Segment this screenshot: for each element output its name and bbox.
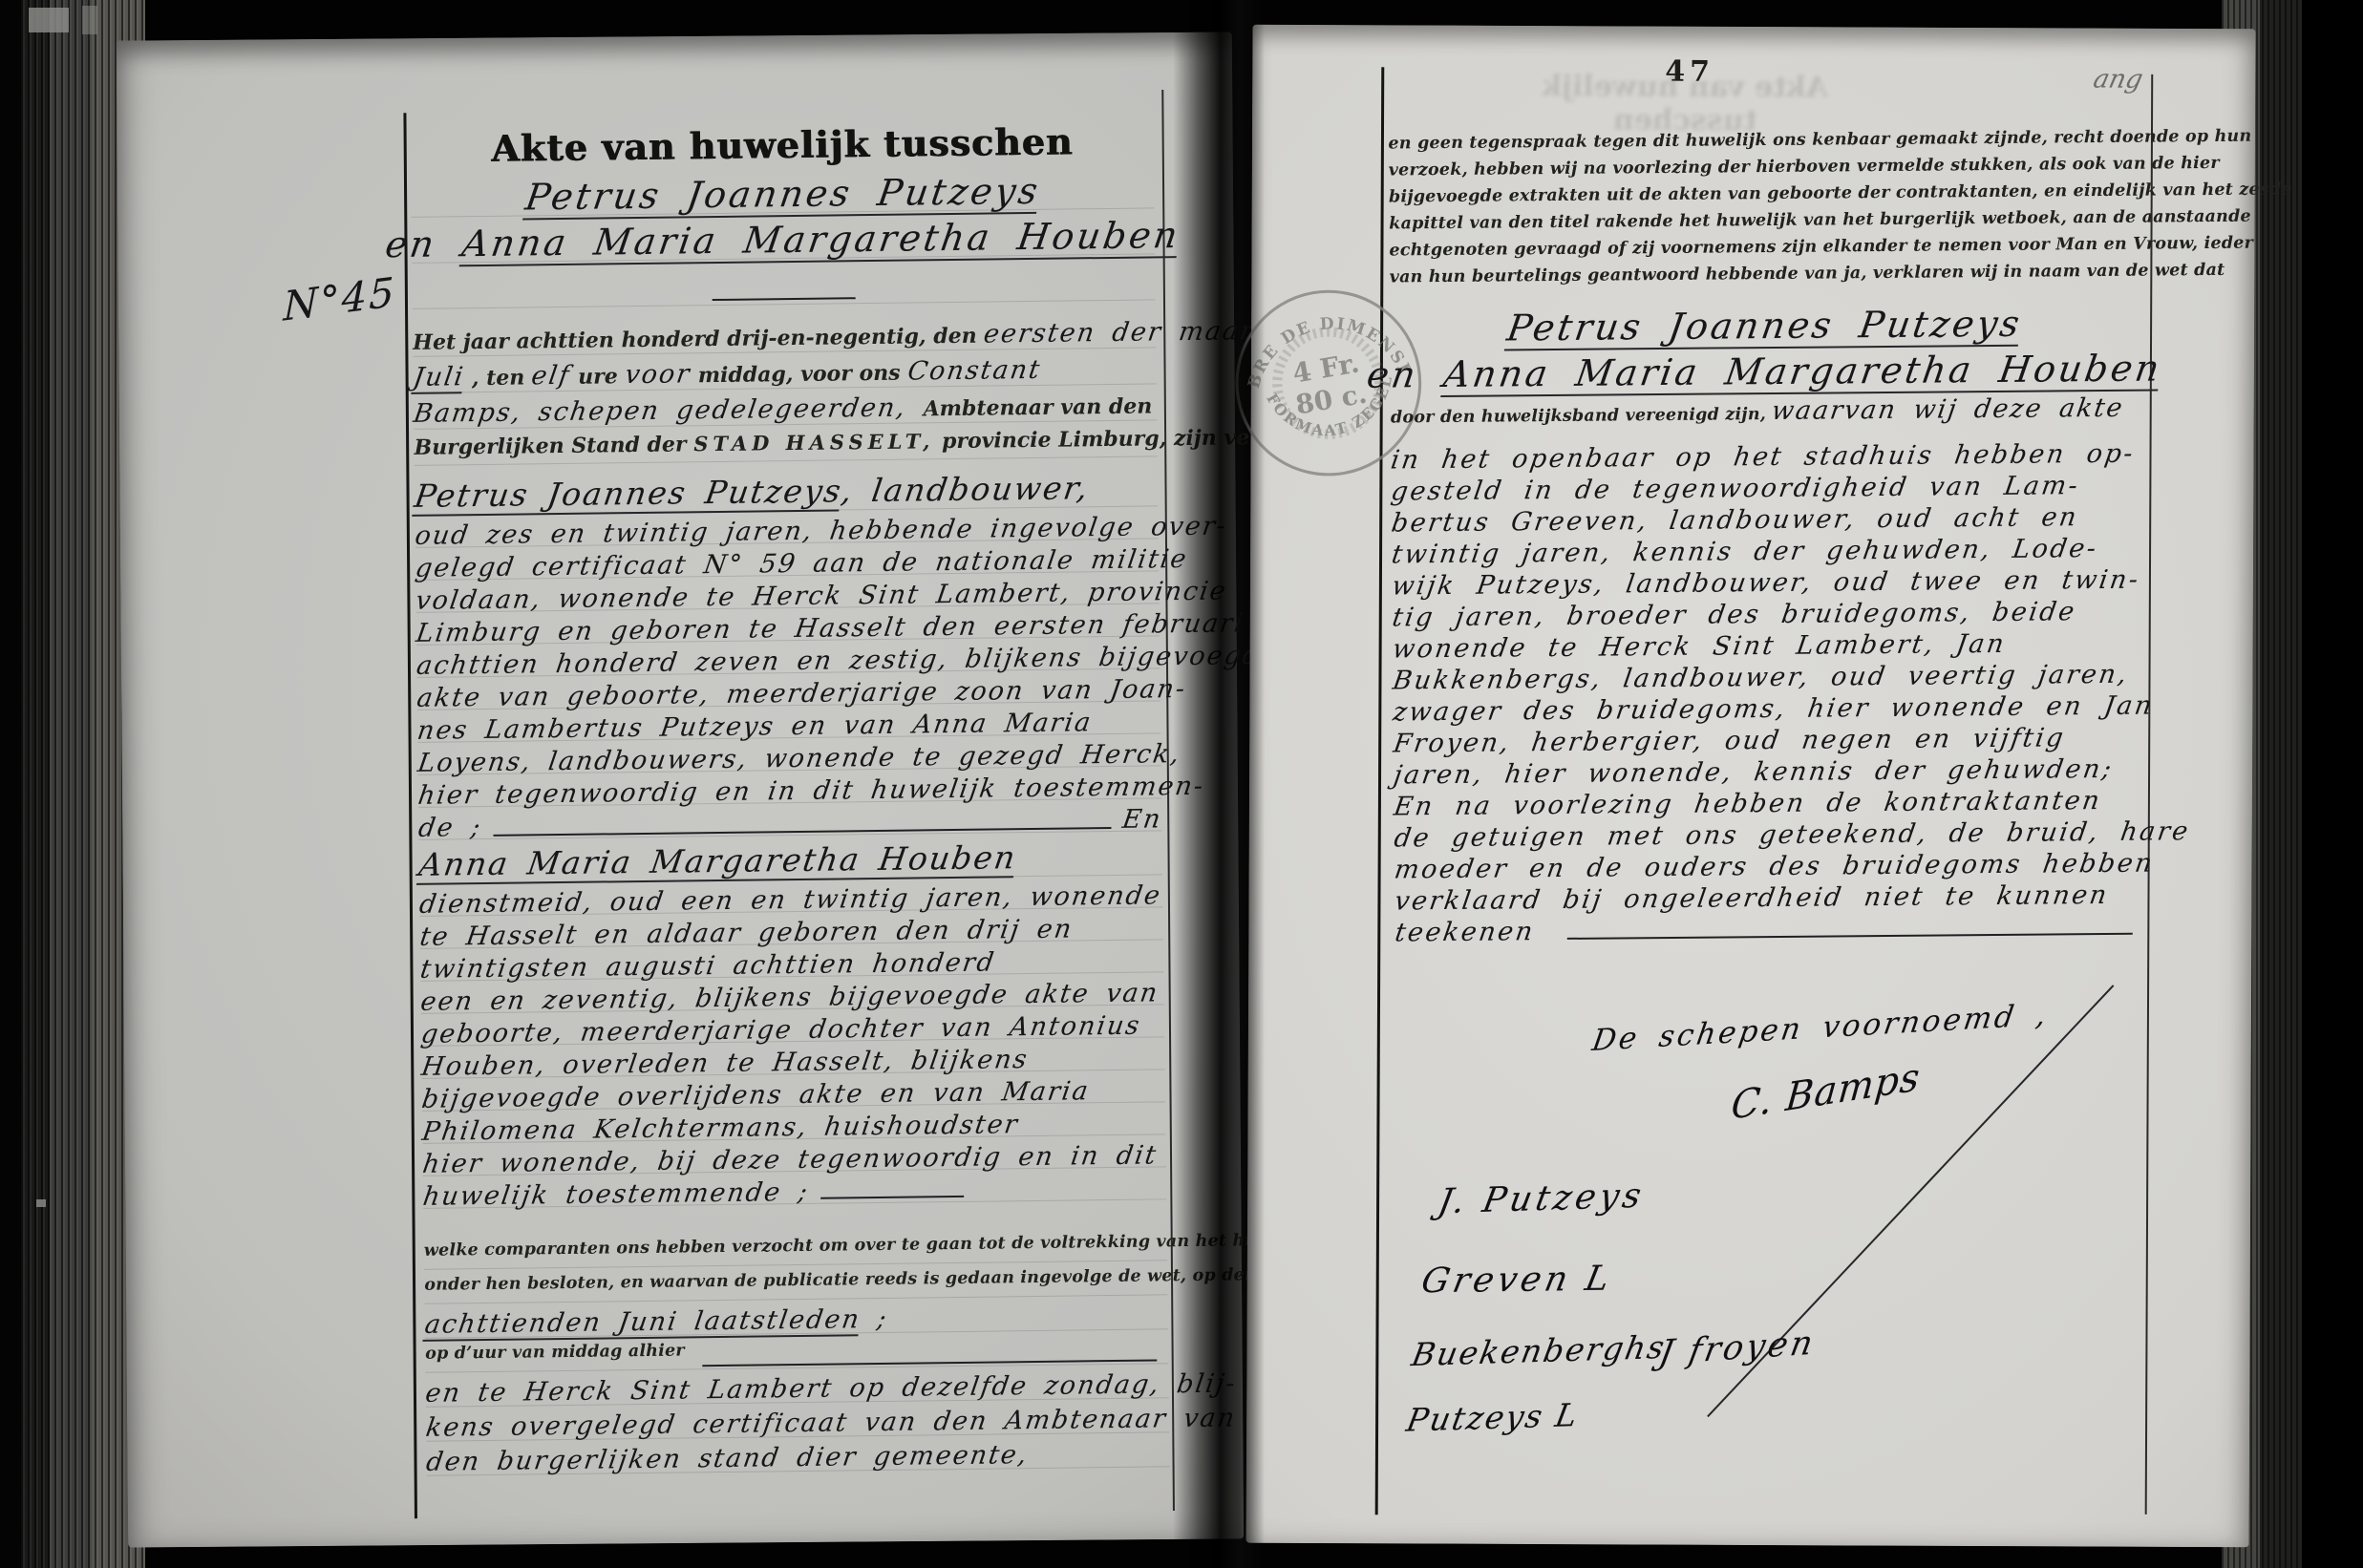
- witness-signature: J. Putzeys: [1435, 1176, 1648, 1222]
- right-page-content: en geen tegenspraak tegen dit huwelijk o…: [1388, 128, 2143, 950]
- text-segment: elf: [530, 361, 573, 392]
- right-page: 47 ang Akte van huwelijk tusschen TIMBRE…: [1246, 25, 2256, 1548]
- right-margin-rule: [2145, 74, 2154, 1515]
- left-page: N°45 Akte van huwelijk tusschen Petrus J…: [117, 32, 1244, 1547]
- text-segment: op d’uur van middag alhier: [425, 1341, 691, 1363]
- text-segment: Bamps, schepen gedelegeerden,: [412, 392, 926, 429]
- text-segment: wijk Putzeys, landbouwer, oud twee en tw…: [1390, 565, 2142, 602]
- witness-signature: Buekenberghs: [1409, 1328, 1670, 1373]
- text-segment: [713, 297, 856, 301]
- comparants-paragraph: Petrus Joannes Putzeys, landbouwer,oud z…: [415, 468, 1166, 1214]
- text-segment: middag, voor ons: [691, 361, 907, 389]
- text-segment: Constant: [905, 355, 1043, 387]
- publication-paragraph: welke comparanten ons hebben verzocht om…: [424, 1232, 1170, 1481]
- act-title: Akte van huwelijk tusschen: [410, 118, 1154, 178]
- text-segment: ure: [570, 364, 625, 390]
- text-segment: [702, 1359, 1157, 1367]
- text-segment: bertus Greeven, landbouwer, oud acht en: [1390, 502, 2081, 538]
- scan-artifact: [36, 1199, 46, 1207]
- text-segment: zwager des bruidegoms, hier wonende en J…: [1391, 691, 2156, 728]
- left-page-content: Akte van huwelijk tusschen Petrus Joanne…: [410, 118, 1169, 1481]
- text-segment: tig jaren, broeder des bruidegoms, beide: [1391, 597, 2079, 632]
- text-segment: Anna Maria Margaretha Houben: [459, 214, 1183, 266]
- text-segment: En na voorlezing hebben de kontraktanten: [1392, 786, 2103, 822]
- text-segment: En: [1120, 804, 1164, 835]
- scan-artifact: [29, 8, 69, 32]
- text-segment: huwelijk toestemmende ;: [421, 1177, 811, 1212]
- opening-paragraph: Het jaar achttien honderd drij-en-negent…: [413, 317, 1158, 471]
- text-line: en Anna Maria Margaretha Houben: [1390, 348, 2139, 400]
- text-segment: Juli: [411, 362, 466, 394]
- spouse-name-lines: Petrus Joannes Putzeysen Anna Maria Marg…: [411, 168, 1156, 314]
- text-segment: Froyen, herbergier, oud negen en vijftig: [1392, 723, 2068, 758]
- text-segment: den burgerlijken stand dier gemeente,: [424, 1440, 1030, 1477]
- text-segment: Het jaar achttien honderd drij-en-negent…: [413, 324, 984, 355]
- text-segment: Anna Maria Margaretha Houben: [1441, 347, 2165, 397]
- text-segment: en: [383, 222, 465, 265]
- text-segment: Burgerlijken Stand der: [414, 432, 693, 460]
- text-segment: Bukkenbergs, landbouwer, oud veertig jar…: [1391, 660, 2131, 696]
- text-segment: Petrus Joannes Putzeys: [522, 170, 1043, 221]
- text-segment: teekenen: [1393, 917, 1558, 948]
- text-segment: gesteld in de tegenwoordigheid van Lam-: [1389, 471, 2081, 506]
- act-number-label: N°45: [283, 268, 396, 330]
- text-segment: [493, 827, 1111, 837]
- text-segment: voor: [623, 359, 692, 390]
- scan-artifact: [82, 6, 97, 34]
- register-scan: N°45 Akte van huwelijk tusschen Petrus J…: [0, 0, 2363, 1568]
- text-segment: jaren, hier wonende, kennis der gehuwden…: [1392, 754, 2116, 791]
- text-line: door den huwelijksband vereenigd zijn, w…: [1391, 393, 2139, 438]
- text-segment: achttienden Juni laatstleden: [422, 1304, 862, 1342]
- text-segment: [1567, 933, 2133, 940]
- text-line: [412, 260, 1156, 315]
- witness-signature: Greven L: [1418, 1260, 1617, 1302]
- official-signature: C. Bamps: [1730, 1055, 1923, 1130]
- text-line: van hun beurtelings geantwoord hebbende …: [1390, 262, 2139, 295]
- text-segment: Petrus Joannes Putzeys: [412, 472, 844, 517]
- text-segment: Philomena Kelchtermans, huishoudster: [420, 1110, 1021, 1147]
- text-segment: twintig jaren, kennis der gehuwden, Lode…: [1390, 534, 2100, 569]
- text-segment: waarvan wij deze akte: [1770, 393, 2126, 426]
- binding-gutter-shadow: [1173, 0, 1265, 1568]
- witness-signature: Putzeys L: [1404, 1396, 1583, 1439]
- text-segment: twintigsten augusti achttien honderd: [418, 947, 997, 984]
- witness-signature: J froyen: [1656, 1324, 1819, 1372]
- text-segment: moeder en de ouders des bruidegoms hebbe…: [1393, 849, 2157, 885]
- text-line: teekenen: [1395, 912, 2144, 950]
- text-segment: Ambtenaar van den: [923, 393, 1152, 421]
- ink-bleedthrough-title: Akte van huwelijk tusschen: [1480, 70, 1890, 138]
- text-segment: , ten: [464, 365, 532, 391]
- union-declaration-line: door den huwelijksband vereenigd zijn, w…: [1391, 393, 2139, 438]
- text-segment: Petrus Joannes Putzeys: [1504, 303, 2025, 351]
- closing-formula: De schepen voornoemd ,: [1589, 998, 2051, 1058]
- text-segment: ;: [858, 1304, 889, 1334]
- text-line: Burgerlijken Stand der STAD HASSELT, pro…: [414, 426, 1157, 472]
- text-segment: door den huwelijksband vereenigd zijn,: [1391, 405, 1772, 427]
- text-segment: [820, 1196, 964, 1199]
- text-segment: in het openbaar op het stadhuis hebben o…: [1389, 439, 2137, 476]
- text-segment: de getuigen met ons geteekend, de bruid,…: [1393, 816, 2193, 853]
- text-segment: de ;: [416, 813, 483, 843]
- pencil-corner-note: ang: [2091, 65, 2146, 95]
- text-segment: , landbouwer,: [840, 469, 1093, 509]
- text-segment: Anna Maria Margaretha Houben: [416, 838, 1019, 885]
- text-segment: verklaard bij ongeleerdheid niet te kunn…: [1393, 880, 2111, 917]
- text-segment: en: [1365, 353, 1448, 396]
- text-line: Petrus Joannes Putzeys: [1390, 302, 2139, 354]
- no-objection-paragraph: en geen tegenspraak tegen dit huwelijk o…: [1388, 128, 2138, 295]
- text-segment: Houben, overleden te Hasselt, blijkens: [419, 1045, 1031, 1082]
- text-segment: STAD HASSELT,: [693, 429, 934, 456]
- text-segment: wonende te Herck Sint Lambert, Jan: [1391, 629, 2009, 665]
- spouse-name-lines: Petrus Joannes Putzeysen Anna Maria Marg…: [1390, 302, 2139, 400]
- witnesses-paragraph: in het openbaar op het stadhuis hebben o…: [1391, 439, 2144, 950]
